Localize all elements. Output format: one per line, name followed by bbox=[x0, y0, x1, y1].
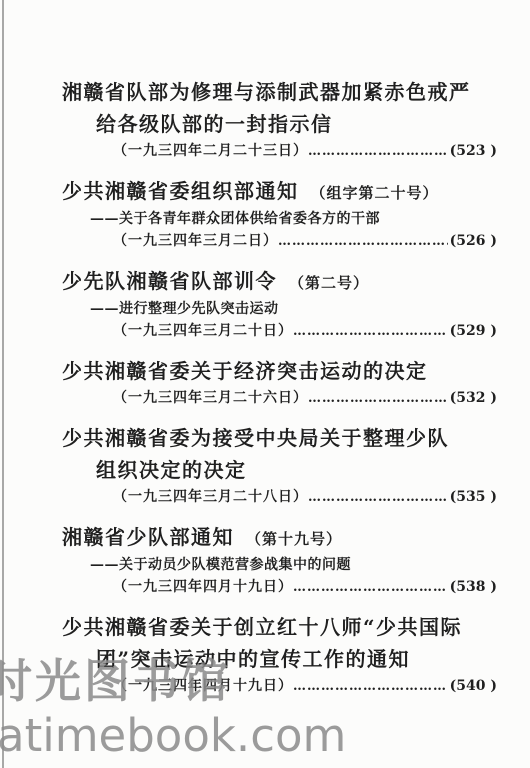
entry-page-number: (532 ) bbox=[448, 387, 497, 409]
entry-title-line: 组织决定的决定 bbox=[40, 454, 500, 486]
entry-title-line: 湘赣省队部为修理与添制武器加紧赤色戒严 bbox=[40, 76, 500, 108]
dot-leader: ……………………………………………………………… bbox=[293, 321, 448, 343]
toc-entry: 少共湘赣省委组织部通知（组字第二十号）——关于各青年群众团体供给省委各方的干部 … bbox=[40, 175, 500, 253]
entry-titles: 少先队湘赣省队部训令（第二号）——进行整理少先队突击运动 bbox=[40, 265, 500, 320]
entry-date: （一九三四年三月二日） bbox=[113, 230, 278, 252]
dot-leader: ……………………………………………………………… bbox=[308, 141, 448, 163]
entry-title-line: 少共湘赣省委关于创立红十八师“少共国际 bbox=[40, 611, 500, 643]
toc-entry: 湘赣省队部为修理与添制武器加紧赤色戒严给各级队部的一封指示信 （一九三四年二月二… bbox=[40, 76, 500, 163]
entry-title-line: 给各级队部的一封指示信 bbox=[40, 108, 500, 140]
entry-title-text: 少共湘赣省委关于创立红十八师“少共国际 bbox=[62, 615, 462, 639]
entry-date-line: （一九三四年三月二十六日） ……………………………………………………………… (… bbox=[113, 387, 497, 410]
entry-title-line: 少共湘赣省委为接受中央局关于整理少队 bbox=[40, 422, 500, 454]
toc-entries: 湘赣省队部为修理与添制武器加紧赤色戒严给各级队部的一封指示信 （一九三四年二月二… bbox=[40, 76, 500, 698]
toc-entry: 少先队湘赣省队部训令（第二号）——进行整理少先队突击运动 （一九三四年三月二十日… bbox=[40, 265, 500, 343]
entry-date-line: （一九三四年二月二十三日） ……………………………………………………………… (… bbox=[113, 140, 497, 163]
entry-page-number: (540 ) bbox=[448, 675, 497, 697]
entry-date: （一九三四年四月十九日） bbox=[113, 576, 293, 598]
entry-page-number: (538 ) bbox=[448, 576, 497, 598]
entry-title-text: 少共湘赣省委为接受中央局关于整理少队 bbox=[62, 426, 449, 450]
entry-note: （第十九号） bbox=[246, 530, 342, 548]
dot-leader: ……………………………………………………………… bbox=[293, 577, 448, 599]
scanned-page: 湘赣省队部为修理与添制武器加紧赤色戒严给各级队部的一封指示信 （一九三四年二月二… bbox=[0, 0, 530, 768]
entry-date: （一九三四年三月二十日） bbox=[113, 320, 293, 342]
entry-date: （一九三四年二月二十三日） bbox=[113, 140, 308, 162]
dot-leader: ……………………………………………………………… bbox=[308, 388, 448, 410]
entry-date-line: （一九三四年四月十九日） ……………………………………………………………… (5… bbox=[113, 576, 497, 599]
dot-leader: ……………………………………………………………… bbox=[308, 487, 448, 509]
entry-page-number: (529 ) bbox=[448, 320, 497, 342]
entry-page-number: (535 ) bbox=[448, 486, 497, 508]
toc-entry: 少共湘赣省委关于经济突击运动的决定 （一九三四年三月二十六日） ……………………… bbox=[40, 355, 500, 410]
entry-title-line: 少共湘赣省委关于经济突击运动的决定 bbox=[40, 355, 500, 387]
watermark-library-name: 时光图书馆 bbox=[0, 658, 231, 704]
toc-entry: 湘赣省少队部通知（第十九号）——关于动员少队模范营参战集中的问题 （一九三四年四… bbox=[40, 521, 500, 599]
entry-date-line: （一九三四年三月二十八日） ……………………………………………………………… (… bbox=[113, 486, 497, 509]
scan-edge-line bbox=[2, 0, 4, 768]
entry-date-line: （一九三四年三月二日） ……………………………………………………………… (52… bbox=[113, 230, 497, 253]
dot-leader: ……………………………………………………………… bbox=[278, 231, 448, 253]
entry-titles: 少共湘赣省委组织部通知（组字第二十号）——关于各青年群众团体供给省委各方的干部 bbox=[40, 175, 500, 230]
entry-titles: 湘赣省队部为修理与添制武器加紧赤色戒严给各级队部的一封指示信 bbox=[40, 76, 500, 140]
table-of-contents: 湘赣省队部为修理与添制武器加紧赤色戒严给各级队部的一封指示信 （一九三四年二月二… bbox=[40, 76, 500, 710]
entry-page-number: (523 ) bbox=[448, 140, 497, 162]
entry-title-text: 给各级队部的一封指示信 bbox=[96, 112, 333, 136]
dot-leader: ……………………………………………………………… bbox=[293, 676, 448, 698]
entry-titles: 湘赣省少队部通知（第十九号）——关于动员少队模范营参战集中的问题 bbox=[40, 521, 500, 576]
entry-subtitle: ——进行整理少先队突击运动 bbox=[40, 299, 500, 320]
entry-page-number: (526 ) bbox=[448, 230, 497, 252]
entry-title-text: 湘赣省少队部通知 bbox=[62, 525, 234, 549]
entry-titles: 少共湘赣省委为接受中央局关于整理少队组织决定的决定 bbox=[40, 422, 500, 486]
entry-title-line: 少共湘赣省委组织部通知（组字第二十号） bbox=[40, 175, 500, 209]
watermark-site-url: atimebook.com bbox=[0, 713, 346, 758]
entry-subtitle: ——关于各青年群众团体供给省委各方的干部 bbox=[40, 209, 500, 230]
entry-title-text: 少共湘赣省委关于经济突击运动的决定 bbox=[62, 359, 428, 383]
entry-title-text: 湘赣省队部为修理与添制武器加紧赤色戒严 bbox=[62, 80, 471, 104]
entry-date-line: （一九三四年三月二十日） ……………………………………………………………… (5… bbox=[113, 320, 497, 343]
entry-subtitle: ——关于动员少队模范营参战集中的问题 bbox=[40, 555, 500, 576]
entry-title-text: 少先队湘赣省队部训令 bbox=[62, 269, 277, 293]
entry-title-text: 少共湘赣省委组织部通知 bbox=[62, 179, 299, 203]
entry-date: （一九三四年三月二十八日） bbox=[113, 486, 308, 508]
entry-title-text: 组织决定的决定 bbox=[96, 458, 247, 482]
entry-titles: 少共湘赣省委关于经济突击运动的决定 bbox=[40, 355, 500, 387]
toc-entry: 少共湘赣省委为接受中央局关于整理少队组织决定的决定 （一九三四年三月二十八日） … bbox=[40, 422, 500, 509]
entry-title-line: 湘赣省少队部通知（第十九号） bbox=[40, 521, 500, 555]
entry-title-line: 少先队湘赣省队部训令（第二号） bbox=[40, 265, 500, 299]
entry-note: （第二号） bbox=[289, 274, 369, 292]
entry-date: （一九三四年三月二十六日） bbox=[113, 387, 308, 409]
entry-note: （组字第二十号） bbox=[311, 184, 439, 202]
